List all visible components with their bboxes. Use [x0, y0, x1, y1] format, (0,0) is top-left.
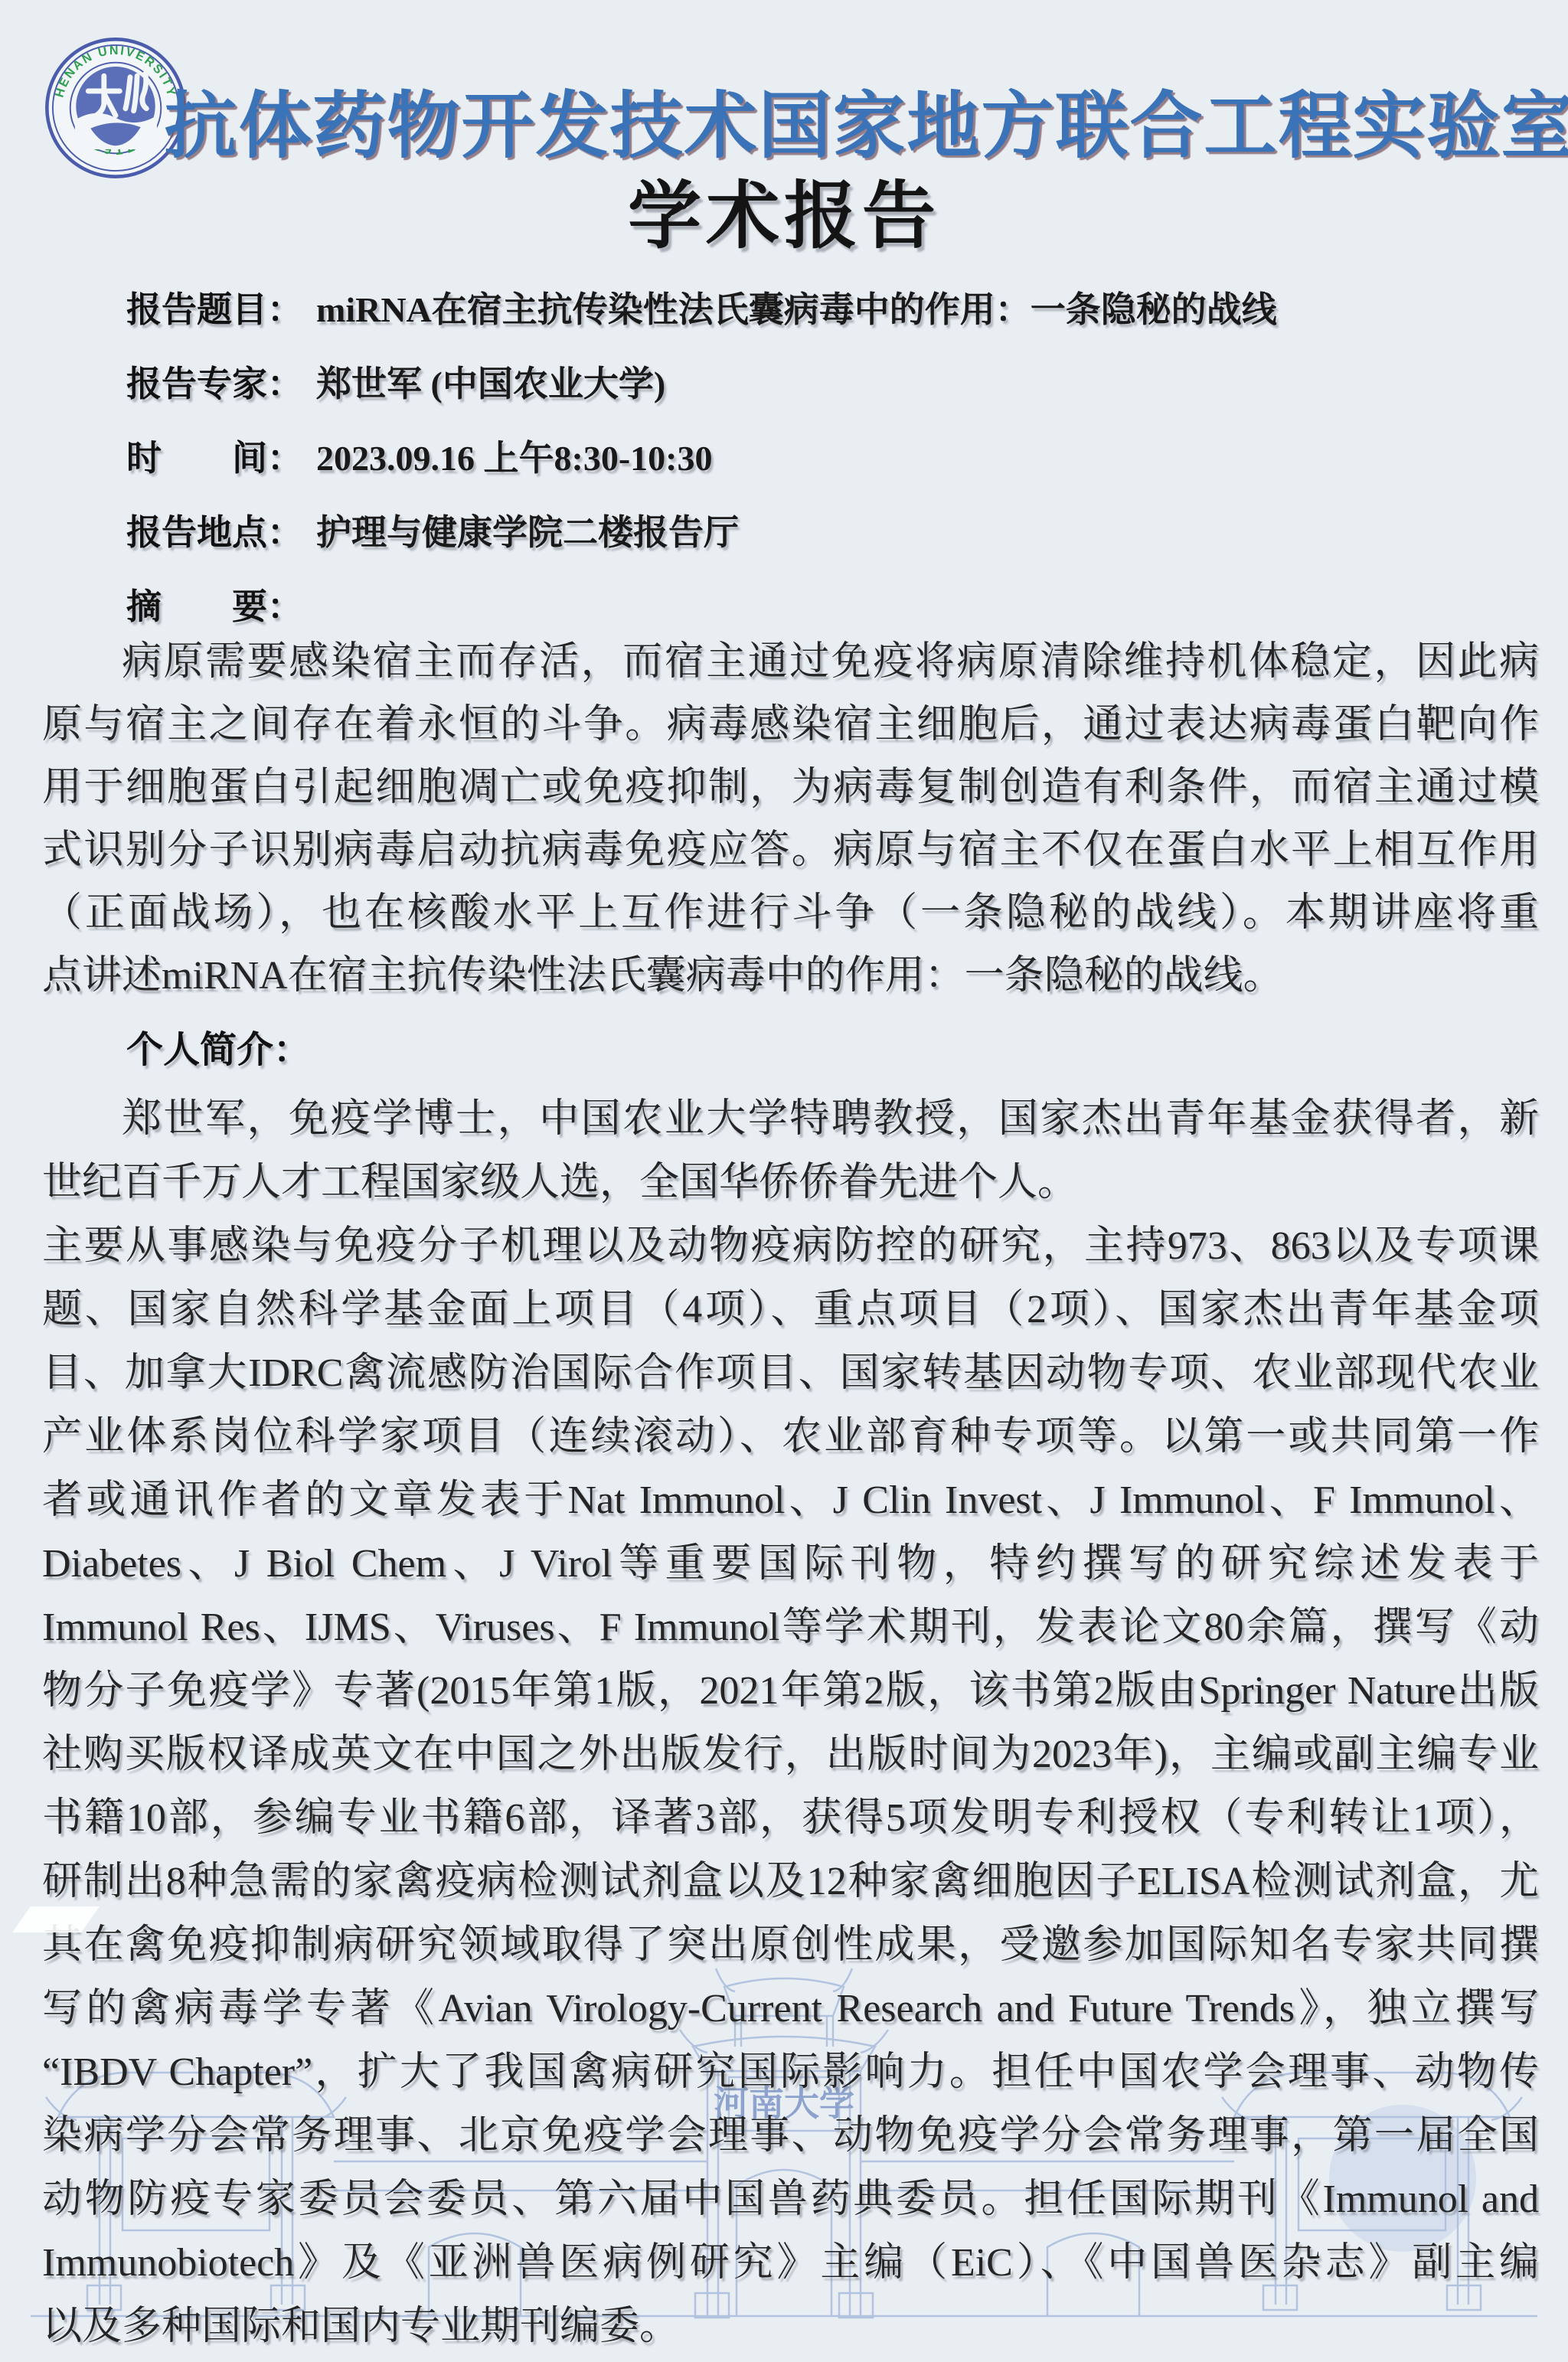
university-emblem	[75, 67, 157, 149]
info-row: 摘 要：	[126, 567, 1537, 641]
info-label: 时 间：	[126, 430, 302, 481]
text-line: （正面战场），也在核酸水平上互作进行斗争（一条隐秘的战线）。本期讲座将重	[42, 882, 1539, 945]
info-value: 郑世军 (中国农业大学)	[316, 356, 665, 407]
text-line: 研制出8种急需的家禽疫病检测试剂盒以及12种家禽细胞因子ELISA检测试剂盒，尤	[42, 1850, 1539, 1913]
text-line: 产业体系岗位科学家项目（连续滚动）、农业部育种专项等。以第一或共同第一作	[42, 1405, 1539, 1468]
text-line: 者或通讯作者的文章发表于Nat Immunol、J Clin Invest、J …	[42, 1468, 1539, 1532]
abstract-paragraph: 病原需要感染宿主而存活，而宿主通过免疫将病原清除维持机体稳定，因此病原与宿主之间…	[42, 631, 1539, 1008]
text-line: 染病学分会常务理事、北京免疫学会理事、动物免疫学分会常务理事，第一届全国	[42, 2104, 1539, 2168]
info-label: 报告题目：	[126, 282, 302, 332]
text-line: 点讲述miRNA在宿主抗传染性法氏囊病毒中的作用：一条隐秘的战线。	[42, 945, 1539, 1008]
report-info: 报告题目：miRNA在宿主抗传染性法氏囊病毒中的作用：一条隐秘的战线报告专家：郑…	[126, 270, 1537, 641]
text-line: 目、加拿大IDRC禽流感防治国际合作项目、国家转基因动物专项、农业部现代农业	[42, 1341, 1539, 1405]
text-line: 用于细胞蛋白引起细胞凋亡或免疫抑制，为病毒复制创造有利条件，而宿主通过模	[42, 756, 1539, 819]
text-line: 动物防疫专家委员会委员、第六届中国兽药典委员。担任国际期刊《Immunol an…	[42, 2168, 1539, 2231]
info-row: 报告地点：护理与健康学院二楼报告厅	[126, 492, 1537, 567]
bio-paragraph: 郑世军，免疫学博士，中国农业大学特聘教授，国家杰出青年基金获得者，新世纪百千万人…	[42, 1087, 1539, 2358]
info-row: 报告专家：郑世军 (中国农业大学)	[126, 344, 1537, 418]
text-line: 写的禽病毒学专著《Avian Virology-Current Research…	[42, 1977, 1539, 2040]
info-label: 摘 要：	[126, 579, 302, 629]
info-value: 护理与健康学院二楼报告厅	[316, 505, 739, 555]
info-row: 报告题目：miRNA在宿主抗传染性法氏囊病毒中的作用：一条隐秘的战线	[126, 270, 1537, 344]
text-line: 题、国家自然科学基金面上项目（4项）、重点项目（2项）、国家杰出青年基金项	[42, 1278, 1539, 1341]
text-line: 书籍10部，参编专业书籍6部，译著3部，获得5项发明专利授权（专利转让1项），	[42, 1786, 1539, 1850]
info-value: 2023.09.16 上午8:30-10:30	[316, 430, 712, 481]
bio-heading: 个人简介：	[126, 1020, 310, 1073]
text-line: 原与宿主之间存在着永恒的斗争。病毒感染宿主细胞后，通过表达病毒蛋白靶向作	[42, 694, 1539, 756]
poster-page: 河南大学 HENAN UNIVERSITY 1912	[0, 0, 1568, 2362]
text-line: Immunol Res、IJMS、Viruses、F Immunol等学术期刊，…	[42, 1596, 1539, 1659]
text-line: 其在禽免疫抑制病研究领域取得了突出原创性成果，受邀参加国际知名专家共同撰	[42, 1913, 1539, 1977]
info-label: 报告专家：	[126, 356, 302, 407]
text-line: 主要从事感染与免疫分子机理以及动物疫病防控的研究，主持973、863以及专项课	[42, 1214, 1539, 1278]
text-line: 物分子免疫学》专著(2015年第1版，2021年第2版，该书第2版由Spring…	[42, 1659, 1539, 1723]
text-line: Immunobiotech》及《亚洲兽医病例研究》主编（EiC）、《中国兽医杂志…	[42, 2231, 1539, 2295]
text-line: “IBDV Chapter”，扩大了我国禽病研究国际影响力。担任中国农学会理事、…	[42, 2040, 1539, 2104]
text-line: 以及多种国际和国内专业期刊编委。	[42, 2295, 1539, 2358]
info-label: 报告地点：	[126, 505, 302, 555]
text-line: 病原需要感染宿主而存活，而宿主通过免疫将病原清除维持机体稳定，因此病	[42, 631, 1539, 694]
text-line: 郑世军，免疫学博士，中国农业大学特聘教授，国家杰出青年基金获得者，新	[42, 1087, 1539, 1151]
info-row: 时 间：2023.09.16 上午8:30-10:30	[126, 418, 1537, 492]
text-line: 式识别分子识别病毒启动抗病毒免疫应答。病原与宿主不仅在蛋白水平上相互作用	[42, 819, 1539, 882]
info-value: miRNA在宿主抗传染性法氏囊病毒中的作用：一条隐秘的战线	[316, 282, 1277, 332]
text-line: 世纪百千万人才工程国家级人选，全国华侨侨眷先进个人。	[42, 1151, 1539, 1214]
text-line: 社购买版权译成英文在中国之外出版发行，出版时间为2023年)，主编或副主编专业	[42, 1723, 1539, 1786]
page-title: 学术报告	[0, 158, 1568, 242]
lab-title: 抗体药物开发技术国家地方联合工程实验室	[190, 70, 1550, 170]
text-line: Diabetes、J Biol Chem、J Virol等重要国际刊物，特约撰写…	[42, 1532, 1539, 1596]
